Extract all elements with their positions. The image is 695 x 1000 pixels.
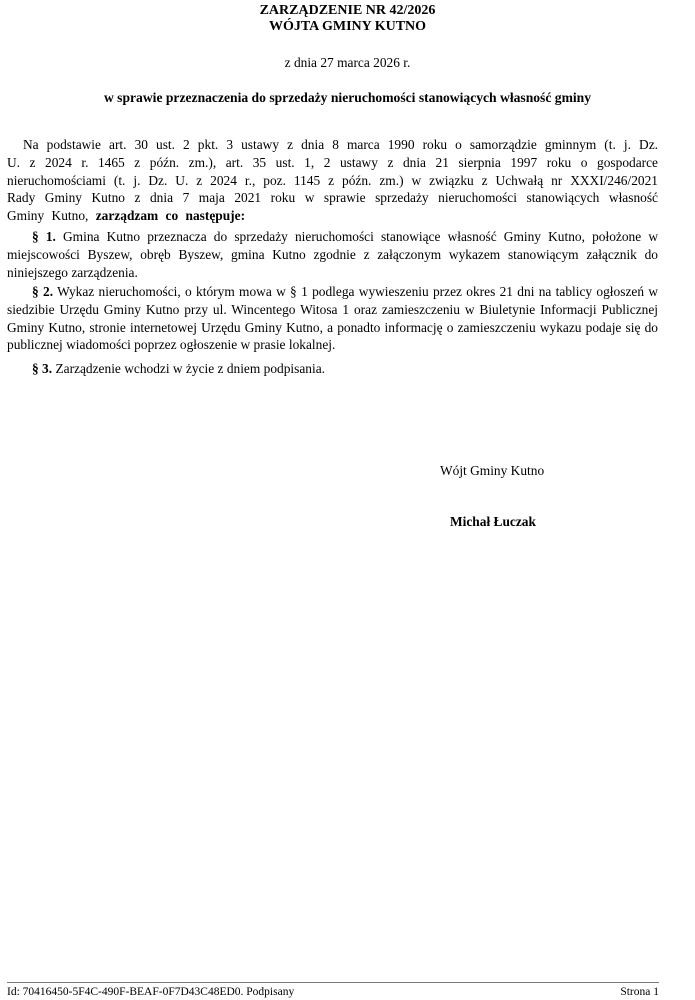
document-subject: w sprawie przeznaczenia do sprzedaży nie… bbox=[0, 90, 695, 106]
signature-name: Michał Łuczak bbox=[450, 514, 536, 530]
section-1-text: Gmina Kutno przeznacza do sprzedaży nier… bbox=[7, 229, 658, 280]
section-1-label: § 1. bbox=[32, 229, 56, 244]
signature-role: Wójt Gminy Kutno bbox=[440, 463, 544, 479]
section-2-label: § 2. bbox=[32, 284, 53, 299]
section-2-text: Wykaz nieruchomości, o którym mowa w § 1… bbox=[7, 284, 658, 352]
legal-basis-decision: zarządzam co następuje: bbox=[96, 208, 245, 223]
document-title-line1: ZARZĄDZENIE NR 42/2026 bbox=[0, 3, 695, 19]
footer-page-number: Strona 1 bbox=[620, 986, 659, 998]
section-3-label: § 3. bbox=[32, 361, 52, 376]
footer-document-id: Id: 70416450-5F4C-490F-BEAF-0F7D43C48ED0… bbox=[7, 986, 294, 998]
section-1: § 1. Gmina Kutno przeznacza do sprzedaży… bbox=[7, 228, 658, 281]
section-3: § 3. Zarządzenie wchodzi w życie z dniem… bbox=[7, 360, 658, 378]
section-3-text: Zarządzenie wchodzi w życie z dniem podp… bbox=[52, 361, 325, 376]
document-title-line2: WÓJTA GMINY KUTNO bbox=[0, 19, 695, 35]
legal-basis-paragraph: Na podstawie art. 30 ust. 2 pkt. 3 ustaw… bbox=[7, 136, 658, 225]
section-2: § 2. Wykaz nieruchomości, o którym mowa … bbox=[7, 283, 658, 354]
footer-divider bbox=[7, 982, 659, 983]
document-date: z dnia 27 marca 2026 r. bbox=[0, 55, 695, 71]
